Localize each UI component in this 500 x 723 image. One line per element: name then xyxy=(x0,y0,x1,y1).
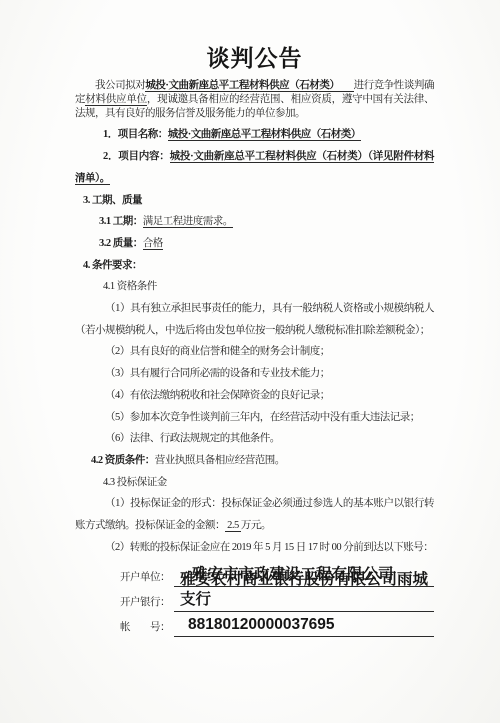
clause-license: 4.2 资质条件：营业执照具备相应经营范围。 xyxy=(75,450,434,472)
qualification-item-5: （5）参加本次竞争性谈判前三年内，在经营活动中没有重大违法记录； xyxy=(75,407,434,429)
deposit-form-unit: 万元。 xyxy=(241,520,271,531)
intro-text-pre: 我公司拟对 xyxy=(95,80,145,91)
supplier-term-underlined: 材料供应单位 xyxy=(85,94,147,106)
bank-name-label: 开户银行： xyxy=(120,594,170,612)
clause-project-name: 1．项目名称：城投·文曲新座总平工程材料供应（石材类） xyxy=(75,124,434,146)
clause-project-name-label: 1．项目名称： xyxy=(103,129,168,140)
deposit-amount-underlined: 2.5 xyxy=(225,520,241,532)
section-4-3-heading: 4.3 投标保证金 xyxy=(75,472,434,494)
clause-duration-value: 满足工程进度需求。 xyxy=(143,216,233,228)
bank-name-value: 雅安农村商业银行股份有限公司雨城支行 xyxy=(174,570,434,612)
project-name-inline: 城投·文曲新座总平工程材料供应（石材类） xyxy=(145,80,353,92)
clause-project-name-value: 城投·文曲新座总平工程材料供应（石材类） xyxy=(168,129,361,141)
clause-quality-label: 3.2 质量： xyxy=(99,238,143,249)
account-holder-label: 开户单位： xyxy=(120,569,170,587)
intro-paragraph: 我公司拟对城投·文曲新座总平工程材料供应（石材类）进行竞争性谈判确定材料供应单位… xyxy=(75,79,434,120)
clause-license-label: 4.2 资质条件： xyxy=(91,455,155,466)
clause-license-value: 营业执照具备相应经营范围。 xyxy=(155,455,285,466)
clause-duration: 3.1 工期：满足工程进度需求。 xyxy=(75,211,434,233)
account-number-row: 帐 号： 88180120000037695 xyxy=(75,612,434,637)
document-body: 谈判公告 我公司拟对城投·文曲新座总平工程材料供应（石材类）进行竞争性谈判确定材… xyxy=(75,44,434,637)
qualification-item-3: （3）具有履行合同所必需的设备和专业技术能力； xyxy=(75,363,434,385)
scanned-announcement-page: 谈判公告 我公司拟对城投·文曲新座总平工程材料供应（石材类）进行竞争性谈判确定材… xyxy=(0,0,500,723)
qualification-item-1: （1）具有独立承担民事责任的能力，具有一般纳税人资格或小规模纳税人（若小规模纳税… xyxy=(75,298,434,341)
account-number-value: 88180120000037695 xyxy=(174,615,434,637)
clause-project-content-label: 2．项目内容： xyxy=(103,151,170,162)
qualification-item-2: （2）具有良好的商业信誉和健全的财务会计制度； xyxy=(75,341,434,363)
clause-project-content: 2．项目内容：城投·文曲新座总平工程材料供应（石材类）（详见附件材料清单）。 xyxy=(75,146,434,189)
clause-quality-value: 合格 xyxy=(143,238,163,250)
account-number-label: 帐 号： xyxy=(120,619,170,637)
qualification-item-6: （6）法律、行政法规规定的其他条件。 xyxy=(75,428,434,450)
deposit-form-paragraph: （1）投标保证金的形式：投标保证金必须通过参选人的基本账户以银行转账方式缴纳。投… xyxy=(75,493,434,536)
section-4-1-heading: 4.1 资格条件 xyxy=(75,276,434,298)
clause-duration-label: 3.1 工期： xyxy=(99,216,143,227)
clause-quality: 3.2 质量：合格 xyxy=(75,233,434,255)
bank-account-block: 开户单位： 雅安市市政建设工程有限公司 开户银行： 雅安农村商业银行股份有限公司… xyxy=(75,562,434,637)
section-3-heading: 3. 工期、质量 xyxy=(75,190,434,212)
bank-name-row: 开户银行： 雅安农村商业银行股份有限公司雨城支行 xyxy=(75,587,434,612)
clauses-list: 1．项目名称：城投·文曲新座总平工程材料供应（石材类） 2．项目内容：城投·文曲… xyxy=(75,124,434,558)
section-4-heading: 4. 条件要求： xyxy=(75,255,434,277)
page-title: 谈判公告 xyxy=(75,44,434,72)
deposit-deadline-paragraph: （2）转账的投标保证金应在 2019 年 5 月 15 日 17 时 00 分前… xyxy=(75,537,434,559)
qualification-item-4: （4）有依法缴纳税收和社会保障资金的良好记录； xyxy=(75,385,434,407)
